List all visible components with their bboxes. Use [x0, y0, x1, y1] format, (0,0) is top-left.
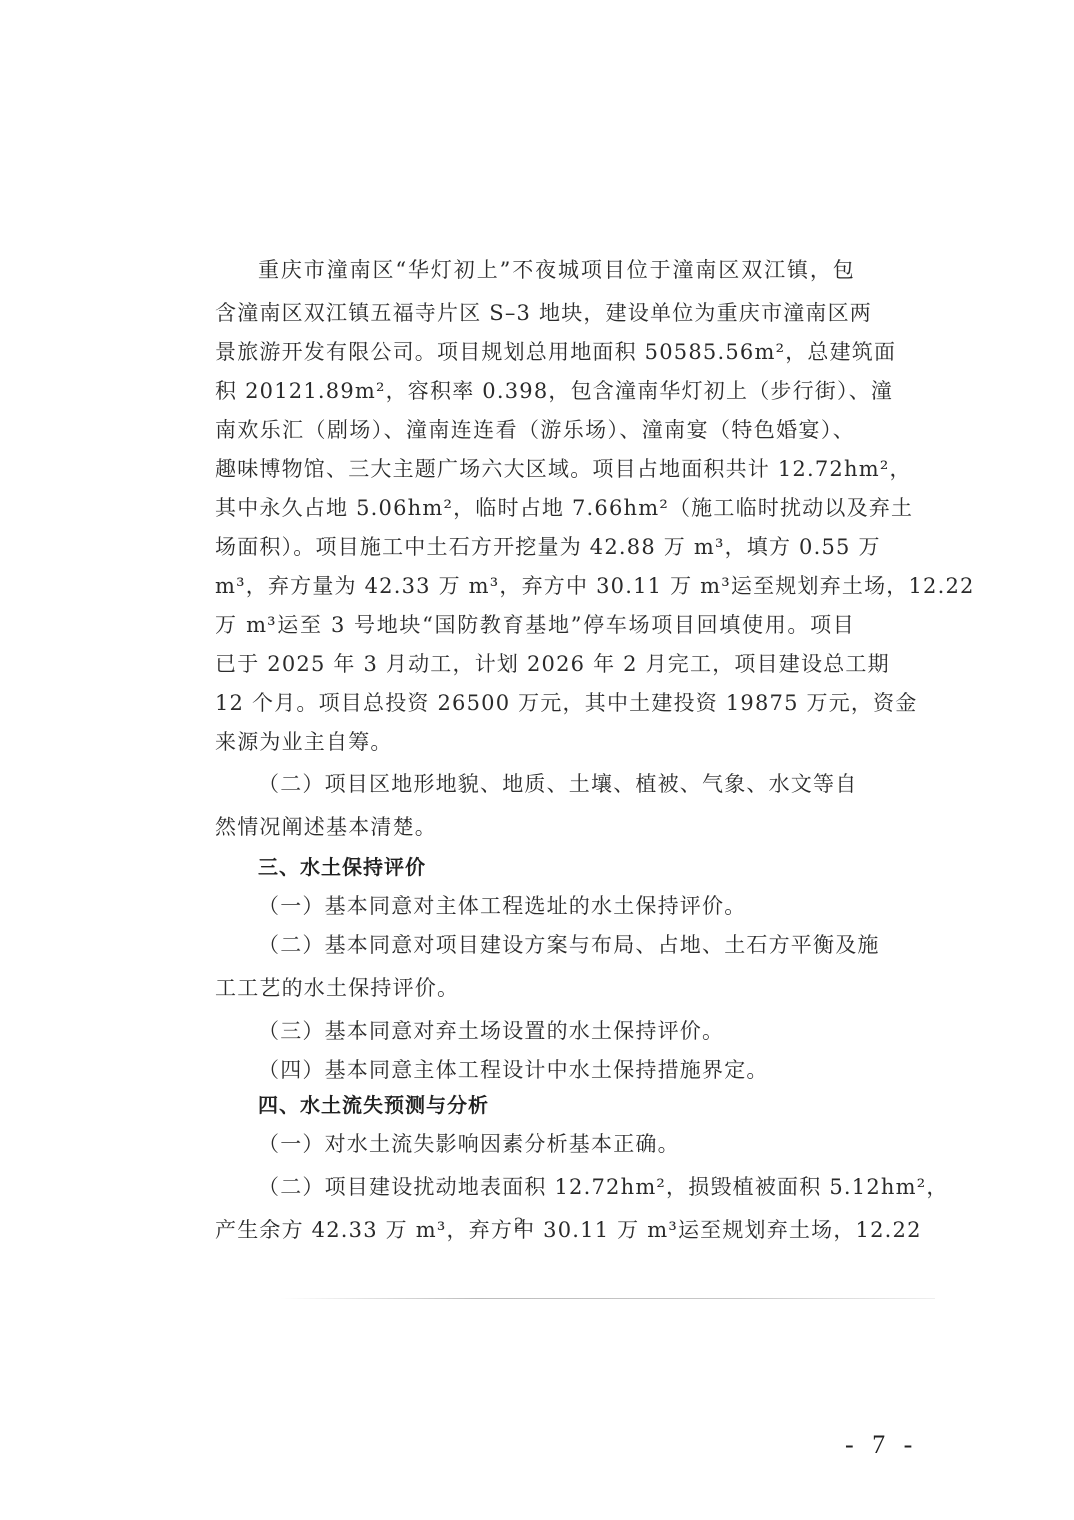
page-divider: [280, 1298, 935, 1299]
section-3-item-2-line-1: （二）基本同意对项目建设方案与布局、占地、土石方平衡及施: [258, 933, 855, 957]
section-3-item-2-line-2: 工工艺的水土保持评价。: [215, 976, 855, 1000]
paragraph-1-line-10: 万 m³运至 3 号地块“国防教育基地”停车场项目回填使用。项目: [215, 613, 855, 637]
section-3-item-3: （三）基本同意对弃土场设置的水土保持评价。: [258, 1019, 855, 1043]
paragraph-1-line-1: 重庆市潼南区“华灯初上”不夜城项目位于潼南区双江镇，包: [258, 258, 855, 282]
paragraph-1-line-11: 已于 2025 年 3 月动工，计划 2026 年 2 月完工，项目建设总工期: [215, 652, 855, 676]
paragraph-1-line-3: 景旅游开发有限公司。项目规划总用地面积 50585.56m²，总建筑面: [215, 340, 855, 364]
paragraph-1-line-4: 积 20121.89m²，容积率 0.398，包含潼南华灯初上（步行街）、潼: [215, 379, 855, 403]
outer-page-number: - 7 -: [845, 1430, 918, 1460]
section-3-item-1: （一）基本同意对主体工程选址的水土保持评价。: [258, 894, 855, 918]
paragraph-1-line-7: 其中永久占地 5.06hm²，临时占地 7.66hm²（施工临时扰动以及弃土: [215, 496, 855, 520]
section-4-item-2-line-2: 产生余方 42.33 万 m³，弃方中 30.11 万 m³运至规划弃土场，12…: [215, 1218, 855, 1242]
paragraph-2-line-2: 然情况阐述基本清楚。: [215, 815, 855, 839]
paragraph-1-line-5: 南欢乐汇（剧场）、潼南连连看（游乐场）、潼南宴（特色婚宴）、: [215, 418, 855, 442]
section-4-item-1: （一）对水土流失影响因素分析基本正确。: [258, 1132, 855, 1156]
section-4-heading: 四、水土流失预测与分析: [258, 1093, 489, 1117]
section-4-item-2-line-1: （二）项目建设扰动地表面积 12.72hm²，损毁植被面积 5.12hm²，: [258, 1175, 855, 1199]
section-3-item-4: （四）基本同意主体工程设计中水土保持措施界定。: [258, 1058, 855, 1082]
paragraph-1-line-2: 含潼南区双江镇五福寺片区 S–3 地块，建设单位为重庆市潼南区两: [215, 301, 855, 325]
inner-page-number: 2: [514, 1214, 524, 1233]
paragraph-1-line-6: 趣味博物馆、三大主题广场六大区域。项目占地面积共计 12.72hm²，: [215, 457, 855, 481]
paragraph-1-line-8: 场面积）。项目施工中土石方开挖量为 42.88 万 m³，填方 0.55 万: [215, 535, 855, 559]
paragraph-2-line-1: （二）项目区地形地貌、地质、土壤、植被、气象、水文等自: [258, 772, 855, 796]
section-3-heading: 三、水土保持评价: [258, 855, 426, 879]
paragraph-1-line-9: m³，弃方量为 42.33 万 m³，弃方中 30.11 万 m³运至规划弃土场…: [215, 574, 855, 598]
paragraph-1-line-13: 来源为业主自筹。: [215, 730, 855, 754]
document-page: 重庆市潼南区“华灯初上”不夜城项目位于潼南区双江镇，包 含潼南区双江镇五福寺片区…: [0, 0, 1074, 1520]
paragraph-1-line-12: 12 个月。项目总投资 26500 万元，其中土建投资 19875 万元，资金: [215, 691, 855, 715]
